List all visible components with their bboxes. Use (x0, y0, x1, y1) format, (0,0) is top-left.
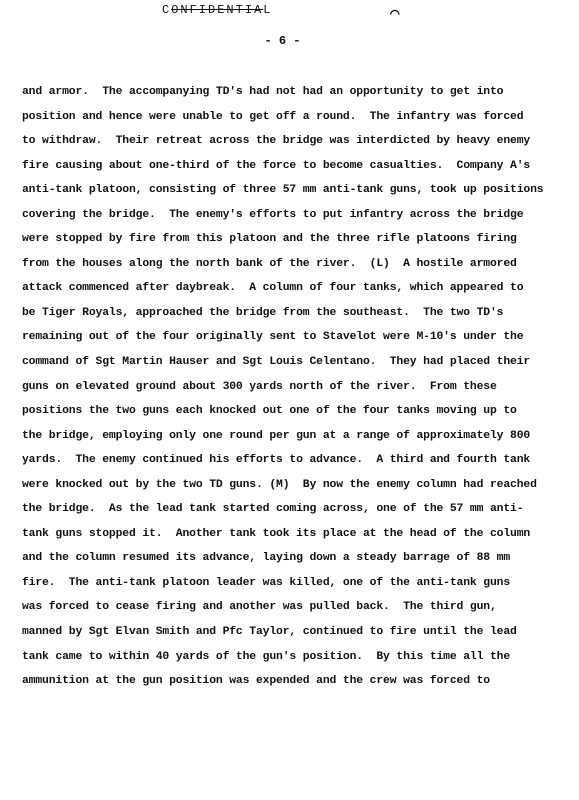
document-body: and armor. The accompanying TD's had not… (22, 84, 572, 698)
handwritten-mark-icon: ⌒ (390, 3, 400, 23)
text-line: were stopped by fire from this platoon a… (22, 231, 572, 256)
page-number: - 6 - (0, 34, 579, 48)
text-line: yards. The enemy continued his efforts t… (22, 452, 572, 477)
text-line: fire causing about one-third of the forc… (22, 158, 572, 183)
text-line: the bridge, employing only one round per… (22, 428, 572, 453)
text-line: command of Sgt Martin Hauser and Sgt Lou… (22, 354, 572, 379)
text-line: positions the two guns each knocked out … (22, 403, 572, 428)
text-line: be Tiger Royals, approached the bridge f… (22, 305, 572, 330)
text-line: from the houses along the north bank of … (22, 256, 572, 281)
text-line: tank came to within 40 yards of the gun'… (22, 649, 572, 674)
text-line: and the column resumed its advance, layi… (22, 550, 572, 575)
text-line: guns on elevated ground about 300 yards … (22, 379, 572, 404)
text-line: attack commenced after daybreak. A colum… (22, 280, 572, 305)
classification-struck-text: ONFIDENTIA (171, 3, 263, 17)
text-line: tank guns stopped it. Another tank took … (22, 526, 572, 551)
text-line: were knocked out by the two TD guns. (M)… (22, 477, 572, 502)
text-line: was forced to cease firing and another w… (22, 599, 572, 624)
text-line: position and hence were unable to get of… (22, 109, 572, 134)
page-header: CONFIDENTIAL ⌒ (0, 3, 579, 23)
text-line: to withdraw. Their retreat across the br… (22, 133, 572, 158)
text-line: and armor. The accompanying TD's had not… (22, 84, 572, 109)
classification-suffix: L (263, 3, 272, 17)
text-line: manned by Sgt Elvan Smith and Pfc Taylor… (22, 624, 572, 649)
page-number-text: - 6 - (264, 34, 300, 48)
text-line: the bridge. As the lead tank started com… (22, 501, 572, 526)
text-line: anti-tank platoon, consisting of three 5… (22, 182, 572, 207)
text-line: covering the bridge. The enemy's efforts… (22, 207, 572, 232)
classification-marking: CONFIDENTIAL (162, 3, 272, 17)
classification-prefix: C (162, 3, 171, 17)
text-line: fire. The anti-tank platoon leader was k… (22, 575, 572, 600)
text-line: ammunition at the gun position was expen… (22, 673, 572, 698)
text-line: remaining out of the four originally sen… (22, 329, 572, 354)
